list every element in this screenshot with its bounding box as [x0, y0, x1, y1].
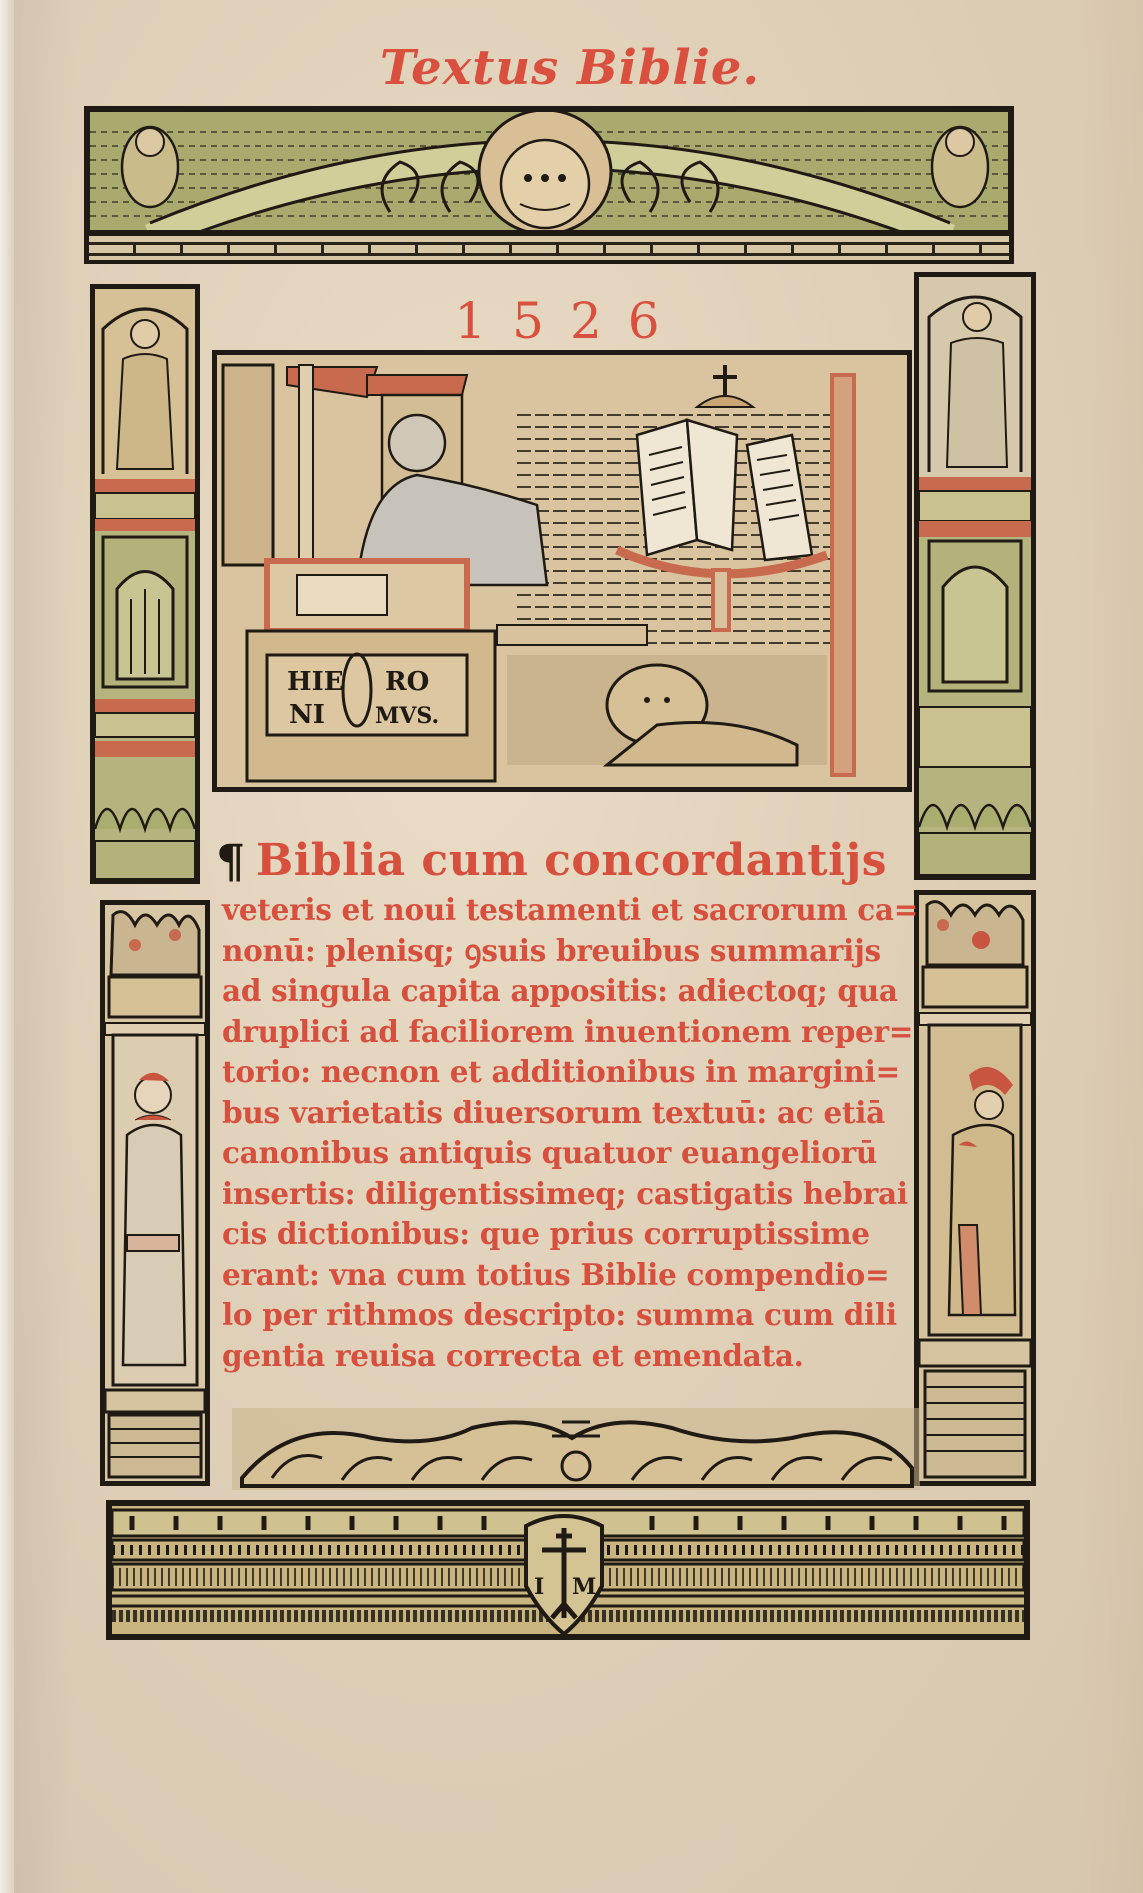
spine-shadow — [14, 0, 74, 1893]
title-line-3: ad singula capita appositis: adiectoq; q… — [222, 971, 912, 1012]
title-line-7: canonibus antiquis quatuor euangeliorū — [222, 1133, 912, 1174]
title-line-11: lo per rithmos descripto: summa cum dili — [222, 1295, 912, 1336]
printer-initial-right: M — [572, 1574, 596, 1600]
title-line-5: torio: necnon et additionibus in margini… — [222, 1052, 912, 1093]
pillar-saint-niche-icon — [919, 277, 1031, 875]
left-upper-pillar — [90, 284, 200, 884]
title-line-9: cis dictionibus: que prius corruptissime — [222, 1214, 912, 1255]
pillar-saint-niche-icon — [95, 289, 195, 879]
page-left-edge — [0, 0, 14, 1893]
saint-jerome-woodcut: HIE RO NI MVS. — [212, 350, 912, 792]
title-line-8: insertis: diligentissimeq; castigatis he… — [222, 1174, 912, 1215]
plaque-ro: RO — [385, 667, 429, 697]
title-line-12: gentia reuisa correcta et emendata. — [222, 1336, 912, 1377]
title-line-6: bus varietatis diuersorum textuū: ac eti… — [222, 1093, 912, 1134]
title-line-2: nonū: plenisq; ꝯsuis breuibus summarijs — [222, 931, 912, 972]
plaque-mus: MVS. — [375, 703, 439, 729]
arch-with-head-icon — [90, 112, 1010, 232]
cornice-ticks — [89, 242, 1009, 256]
title-line-10: erant: vna cum totius Biblie compendio= — [222, 1255, 912, 1296]
acanthus-scroll-ornament-icon — [232, 1408, 920, 1490]
title-line-4: druplici ad faciliorem inuentionem reper… — [222, 1012, 912, 1053]
imprint-year: 1526 — [440, 292, 700, 350]
plaque-hie: HIE — [287, 667, 344, 697]
pillar-prophet-figure-icon — [919, 895, 1031, 1481]
top-arch-woodcut-border — [84, 106, 1014, 236]
right-upper-pillar — [914, 272, 1036, 880]
pillar-figure-with-scroll-icon — [105, 905, 205, 1481]
printer-mark-shield: I M — [516, 1506, 612, 1636]
right-lower-pillar — [914, 890, 1036, 1486]
running-title: Textus Biblie. — [350, 40, 790, 96]
scholar-at-desk-with-lion-icon: HIE RO NI MVS. — [217, 355, 907, 787]
pilcrow-mark: ¶ — [216, 834, 245, 888]
printer-initial-left: I — [534, 1574, 544, 1600]
left-lower-pillar — [100, 900, 210, 1486]
plaque-ni: NI — [289, 700, 325, 730]
top-cornice-rule — [84, 236, 1014, 264]
title-lead-line: Biblia cum concordantijs — [222, 832, 912, 890]
title-line-1: veteris et noui testamenti et sacrorum c… — [222, 890, 912, 931]
title-text-block: ¶ Biblia cum concordantijs veteris et no… — [222, 832, 912, 1376]
